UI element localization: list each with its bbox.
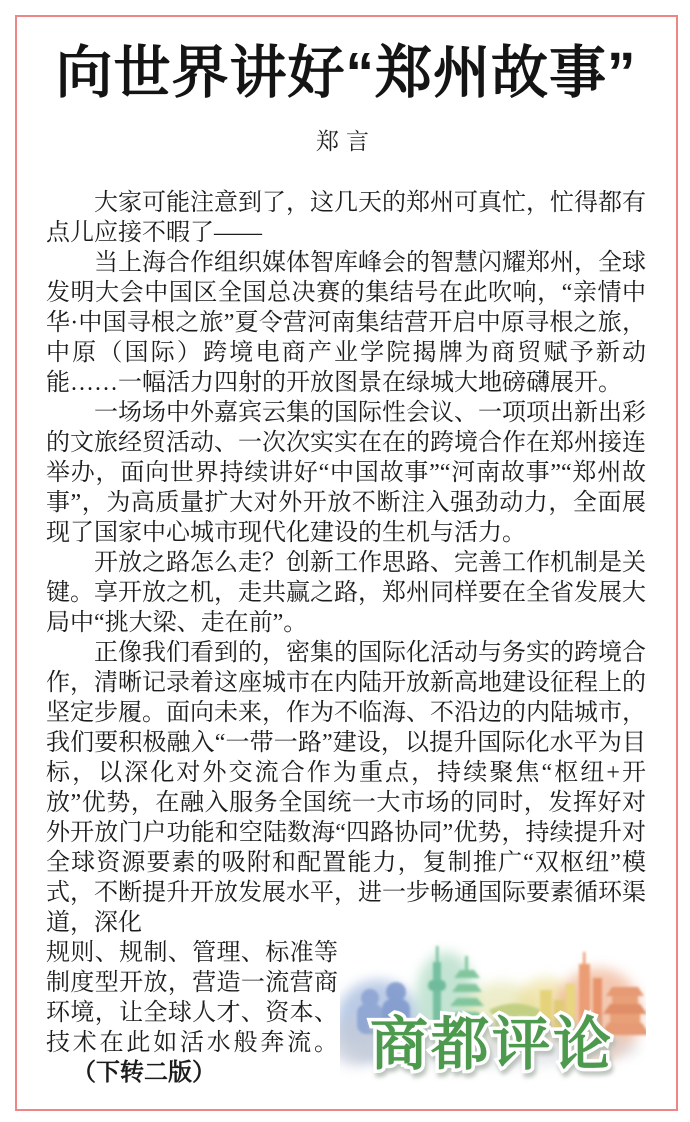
article-byline: 郑言: [46, 128, 646, 154]
article-title: 向世界讲好“郑州故事”: [46, 38, 646, 108]
commentary-logo: 商都评论: [340, 940, 646, 1092]
closing-paragraph-tail-text: 规则、规制、管理、标准等制度型开放，营造一流营商环境，让全球人才、资本、技术在此…: [46, 940, 338, 1056]
article-body: 大家可能注意到了，这几天的郑州可真忙，忙得都有点儿应接不暇了—— 当上海合作组织…: [46, 188, 646, 1092]
closing-paragraph-lead: 正像我们看到的，密集的国际化活动与务实的跨境合作，清晰记录着这座城市在内陆开放新…: [46, 638, 646, 938]
paragraph-3: 一场场中外嘉宾云集的国际性会议、一项项出新出彩的文旅经贸活动、一次次实实在在的跨…: [46, 398, 646, 548]
text-logo-row: 规则、规制、管理、标准等制度型开放，营造一流营商环境，让全球人才、资本、技术在此…: [46, 938, 646, 1092]
paragraph-1: 大家可能注意到了，这几天的郑州可真忙，忙得都有点儿应接不暇了——: [46, 188, 646, 248]
closing-paragraph-tail: 规则、规制、管理、标准等制度型开放，营造一流营商环境，让全球人才、资本、技术在此…: [46, 938, 338, 1088]
logo-text: 商都评论: [370, 1012, 614, 1077]
paragraph-2: 当上海合作组织媒体智库峰会的智慧闪耀郑州，全球发明大会中国区全国总决赛的集结号在…: [46, 248, 646, 398]
article-content: 向世界讲好“郑州故事” 郑言 大家可能注意到了，这几天的郑州可真忙，忙得都有点儿…: [46, 38, 646, 1092]
newspaper-page: 向世界讲好“郑州故事” 郑言 大家可能注意到了，这几天的郑州可真忙，忙得都有点儿…: [0, 0, 690, 1122]
continuation-note: （下转二版）: [84, 1059, 216, 1086]
paragraph-4: 开放之路怎么走？创新工作思路、完善工作机制是关键。享开放之机，走共赢之路，郑州同…: [46, 548, 646, 638]
skyline-illustration: 商都评论: [340, 940, 646, 1092]
